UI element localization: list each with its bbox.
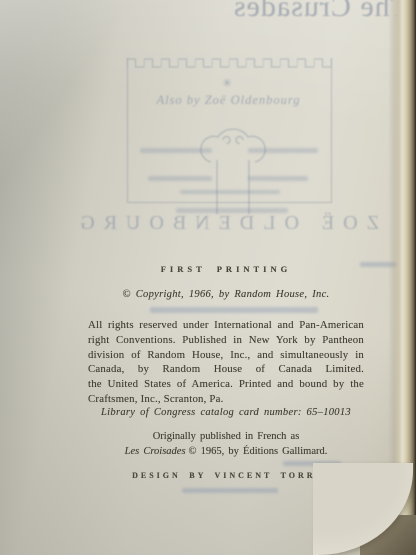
tree-ornament-icon [195,114,271,218]
rights-line: Craftsmen, Inc., Scranton, Pa. [88,392,364,407]
showthrough-mirrored-book-title: The Crusades [198,0,416,36]
original-credit-rest: © 1965, by Éditions Gallimard. [189,446,328,457]
faint-text-line [180,190,280,194]
rights-line: division of Random House, Inc., and simu… [88,348,364,363]
original-publication-credit: Les Croisades© 1965, by Éditions Gallima… [70,446,382,457]
faint-text-line [150,307,318,313]
faint-text-line [140,148,212,153]
copyright-line: © Copyright, 1966, by Random House, Inc. [70,289,382,300]
faint-text-line [148,176,212,181]
original-french-title: Les Croisades [125,446,186,457]
rights-line: All rights reserved under International … [88,318,364,333]
showthrough-mirrored-author: ZOË OLDENBOURG [47,212,403,235]
rights-paragraph: All rights reserved under International … [88,318,364,407]
battlement-border-icon [127,55,332,69]
book-page-photo: The Crusades ✳ Also by Zoë Oldenbourg Z [0,0,416,555]
first-printing-notice: FIRST PRINTING [88,264,364,274]
original-publication-line: Originally published in French as [88,431,364,442]
showthrough-also-by-text: Also by Zoë Oldenbourg [127,93,330,108]
rights-line: Canada, by Random House of Canada Limite… [88,362,364,377]
asterisk-ornament-icon: ✳ [222,76,232,90]
faint-text-line [182,488,278,493]
loc-catalog-number-line: Library of Congress catalog card number:… [70,407,382,418]
rights-line: right Conventions. Published in New York… [88,333,364,348]
rights-line: the United States of America. Printed an… [88,377,364,392]
faint-text-line [248,148,318,153]
faint-text-line [248,176,308,181]
